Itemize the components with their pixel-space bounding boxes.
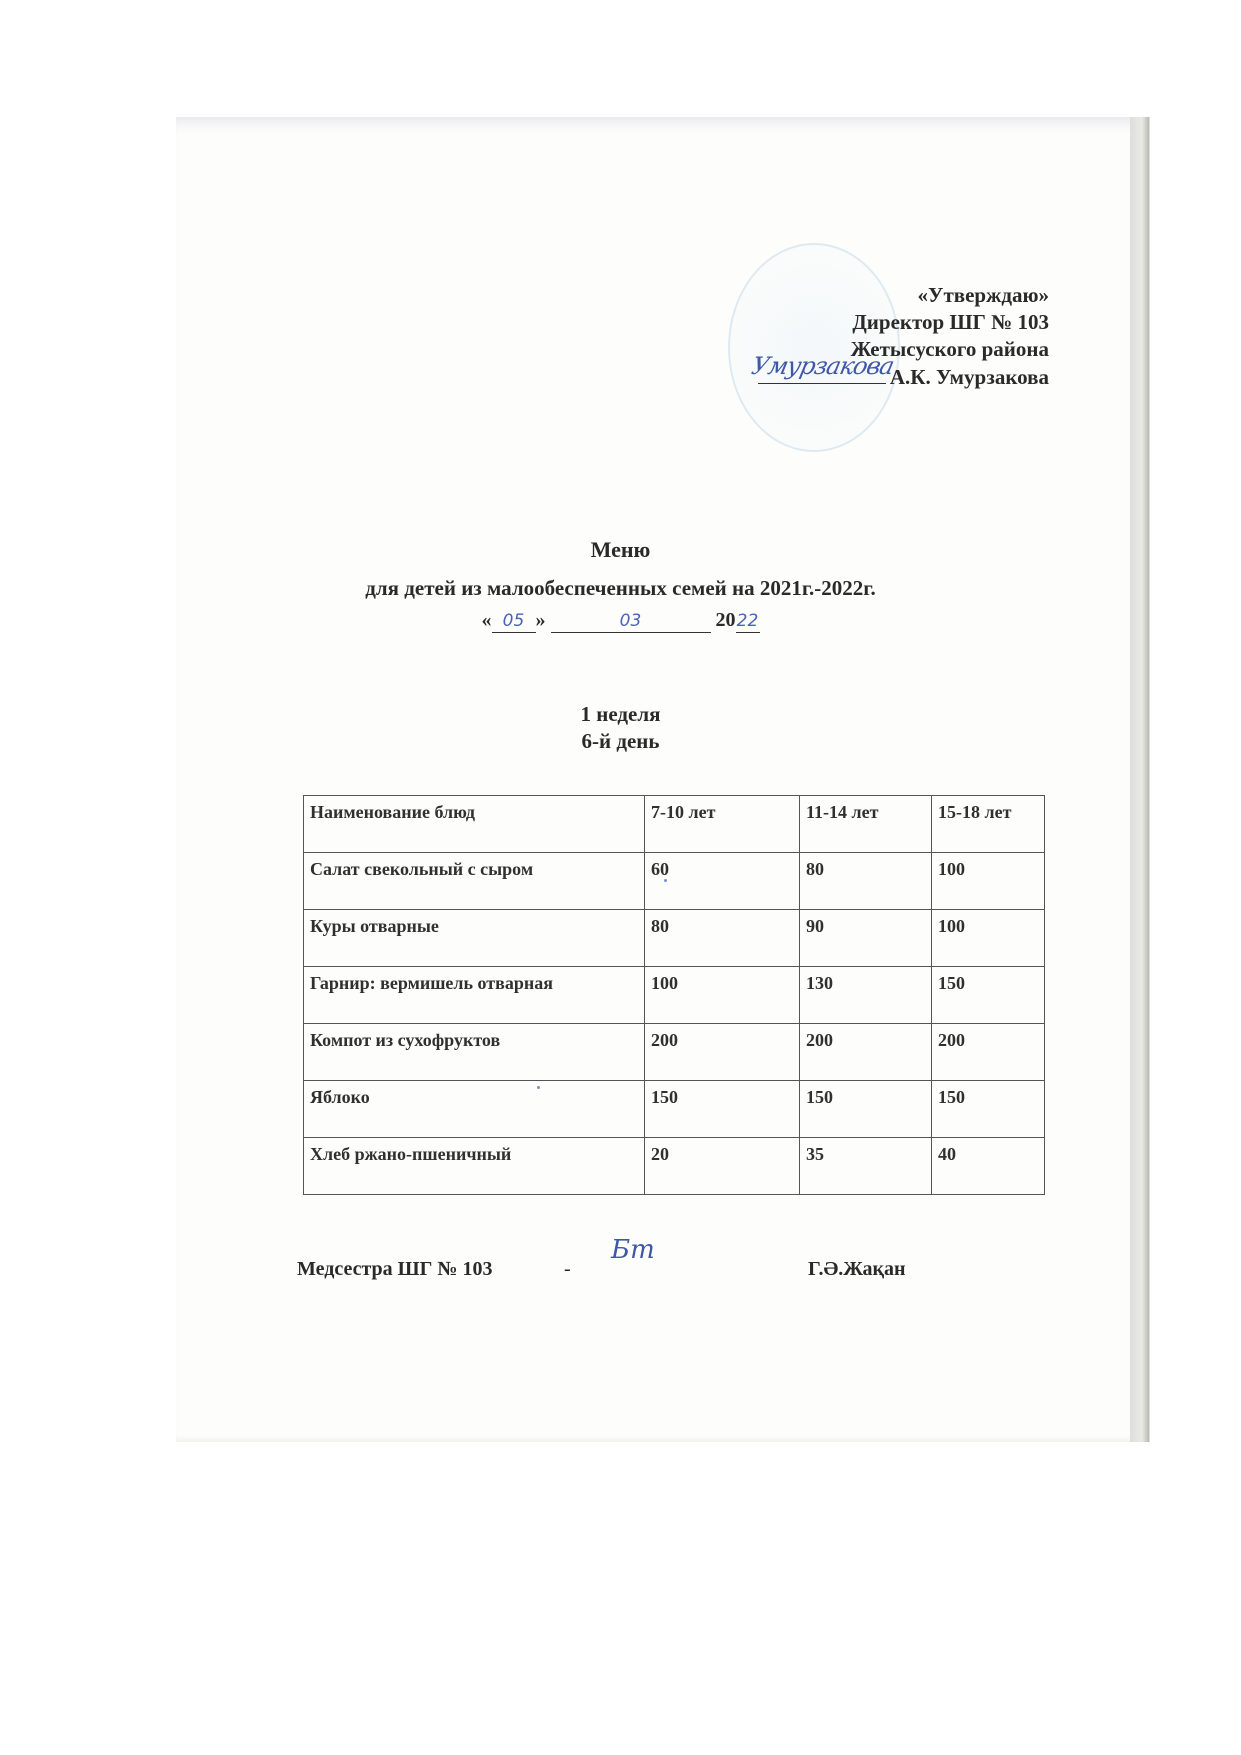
dish-name-cell: Яблоко: [304, 1081, 645, 1138]
portion-cell: 130: [800, 967, 932, 1024]
director-signature-line: Умурзакова: [758, 363, 886, 384]
table-row: Гарнир: вермишель отварная100130150: [304, 967, 1045, 1024]
director-name: А.К. Умурзакова: [890, 365, 1049, 389]
portion-cell: 100: [932, 853, 1045, 910]
dish-name-cell: Компот из сухофруктов: [304, 1024, 645, 1081]
column-header: Наименование блюд: [304, 796, 645, 853]
scan-edge: [1130, 117, 1150, 1442]
nurse-signature: Бт: [611, 1235, 655, 1265]
table-row: Яблоко150150150: [304, 1081, 1045, 1138]
table-row: Хлеб ржано-пшеничный203540: [304, 1138, 1045, 1195]
dish-name-cell: Куры отварные: [304, 910, 645, 967]
portion-cell: 20: [645, 1138, 800, 1195]
scan-speck: [537, 1086, 540, 1089]
nurse-role: Медсестра ШГ № 103: [297, 1258, 492, 1281]
date-open-quote: «: [482, 609, 492, 631]
table-row: Салат свекольный с сыром6080100: [304, 853, 1045, 910]
approval-signature-row: Умурзакова А.К. Умурзакова: [758, 363, 1049, 391]
date-month-field: 03: [551, 609, 711, 633]
portion-cell: 150: [800, 1081, 932, 1138]
date-year-prefix: 20: [716, 609, 736, 631]
dish-name-cell: Гарнир: вермишель отварная: [304, 967, 645, 1024]
page-title: Меню: [0, 537, 1241, 563]
portion-cell: 40: [932, 1138, 1045, 1195]
date-month: 03: [620, 611, 642, 631]
footer-dash: -: [564, 1258, 571, 1281]
column-header: 15-18 лет: [932, 796, 1045, 853]
portion-cell: 200: [932, 1024, 1045, 1081]
approval-block: «Утверждаю» Директор ШГ № 103 Жетысуског…: [758, 282, 1049, 391]
portion-cell: 60: [645, 853, 800, 910]
date-year-suffix: 22: [737, 611, 759, 631]
date-day-field: 05: [492, 609, 536, 633]
week-label: 1 неделя: [0, 702, 1241, 727]
table-row: Куры отварные8090100: [304, 910, 1045, 967]
table-row: Компот из сухофруктов200200200: [304, 1024, 1045, 1081]
dish-name-cell: Салат свекольный с сыром: [304, 853, 645, 910]
page-subtitle: для детей из малообеспеченных семей на 2…: [0, 576, 1241, 601]
portion-cell: 90: [800, 910, 932, 967]
portion-cell: 150: [932, 1081, 1045, 1138]
date-day: 05: [503, 611, 525, 631]
column-header: 11-14 лет: [800, 796, 932, 853]
portion-cell: 200: [800, 1024, 932, 1081]
date-close-quote: »: [536, 609, 546, 631]
date-line: «05» 03 2022: [0, 609, 1241, 633]
menu-table: Наименование блюд7-10 лет11-14 лет15-18 …: [303, 795, 1045, 1195]
portion-cell: 150: [932, 967, 1045, 1024]
approval-heading: «Утверждаю»: [758, 282, 1049, 309]
portion-cell: 150: [645, 1081, 800, 1138]
table-header-row: Наименование блюд7-10 лет11-14 лет15-18 …: [304, 796, 1045, 853]
director-signature: Умурзакова: [749, 353, 896, 380]
nurse-name: Г.Ә.Жақан: [808, 1258, 906, 1281]
portion-cell: 100: [932, 910, 1045, 967]
date-year-field: 22: [736, 609, 760, 633]
approval-position: Директор ШГ № 103: [758, 309, 1049, 336]
column-header: 7-10 лет: [645, 796, 800, 853]
portion-cell: 35: [800, 1138, 932, 1195]
portion-cell: 80: [645, 910, 800, 967]
scan-speck: [664, 879, 667, 882]
day-label: 6-й день: [0, 729, 1241, 754]
portion-cell: 200: [645, 1024, 800, 1081]
portion-cell: 80: [800, 853, 932, 910]
dish-name-cell: Хлеб ржано-пшеничный: [304, 1138, 645, 1195]
portion-cell: 100: [645, 967, 800, 1024]
